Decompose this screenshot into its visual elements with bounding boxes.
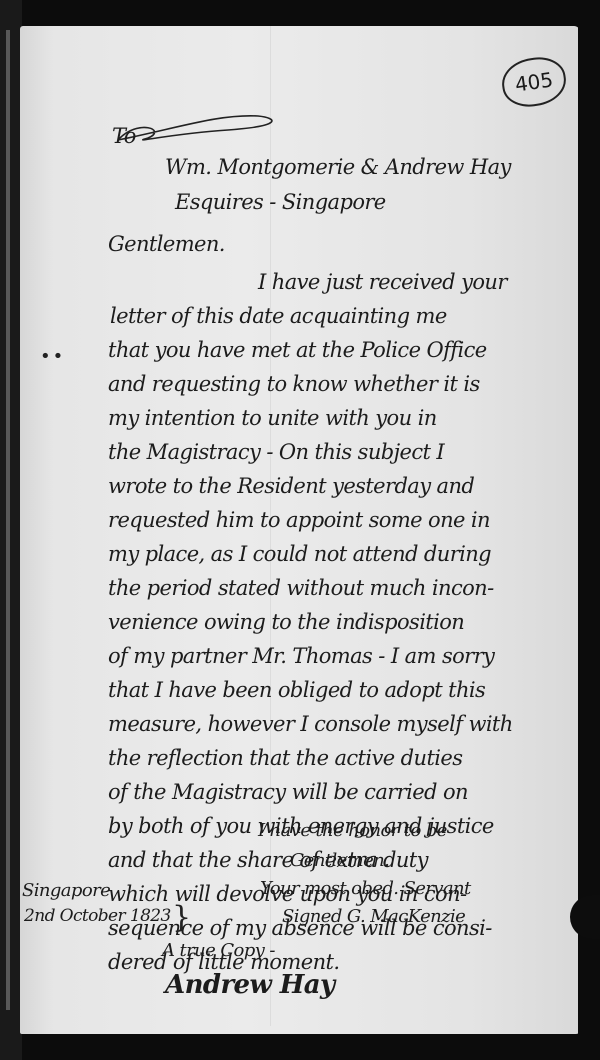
body-line: requested him to appoint some one in: [108, 508, 490, 532]
letter-date: 2nd October 1823: [24, 906, 171, 926]
body-line: my place, as I could not attend during: [108, 542, 491, 566]
closing-servant: Your most obed. Servant: [260, 878, 471, 899]
body-line: and requesting to know whether it is: [108, 372, 480, 396]
body-line: of the Magistracy will be carried on: [108, 780, 468, 804]
greeting: Gentlemen.: [108, 232, 225, 256]
body-line: that you have met at the Police Office: [108, 338, 487, 362]
scan-edge-highlight: [6, 30, 10, 1010]
body-line: wrote to the Resident yesterday and: [108, 474, 474, 498]
body-line: of my partner Mr. Thomas - I am sorry: [108, 644, 494, 668]
closing-gentlemen: Gentlemen.: [290, 850, 389, 871]
brace-mark: }: [172, 900, 191, 935]
closing-honor: I have the honor to be: [258, 820, 447, 841]
body-line: the period stated without much incon-: [108, 576, 494, 600]
certifier-signature: Andrew Hay: [165, 970, 334, 1000]
true-copy-label: A true Copy -: [162, 940, 275, 961]
body-line: that I have been obliged to adopt this: [108, 678, 485, 702]
body-line: the Magistracy - On this subject I: [108, 440, 444, 464]
body-line: my intention to unite with you in: [108, 406, 437, 430]
place-singapore: Singapore: [22, 880, 110, 901]
scan-border-left: [0, 0, 22, 1060]
addressee-line-2: Esquires - Singapore: [175, 190, 386, 214]
addressee-line-1: Wm. Montgomerie & Andrew Hay: [165, 155, 511, 179]
margin-mark: ••: [40, 346, 65, 367]
body-line: venience owing to the indisposition: [108, 610, 464, 634]
body-line: letter of this date acquainting me: [110, 304, 447, 328]
signed-mackenzie: Signed G. MacKenzie: [282, 906, 465, 927]
body-line: I have just received your: [258, 270, 507, 294]
body-line: measure, however I console myself with: [108, 712, 513, 736]
salutation-to: To: [112, 124, 136, 148]
body-line: the reflection that the active duties: [108, 746, 462, 770]
